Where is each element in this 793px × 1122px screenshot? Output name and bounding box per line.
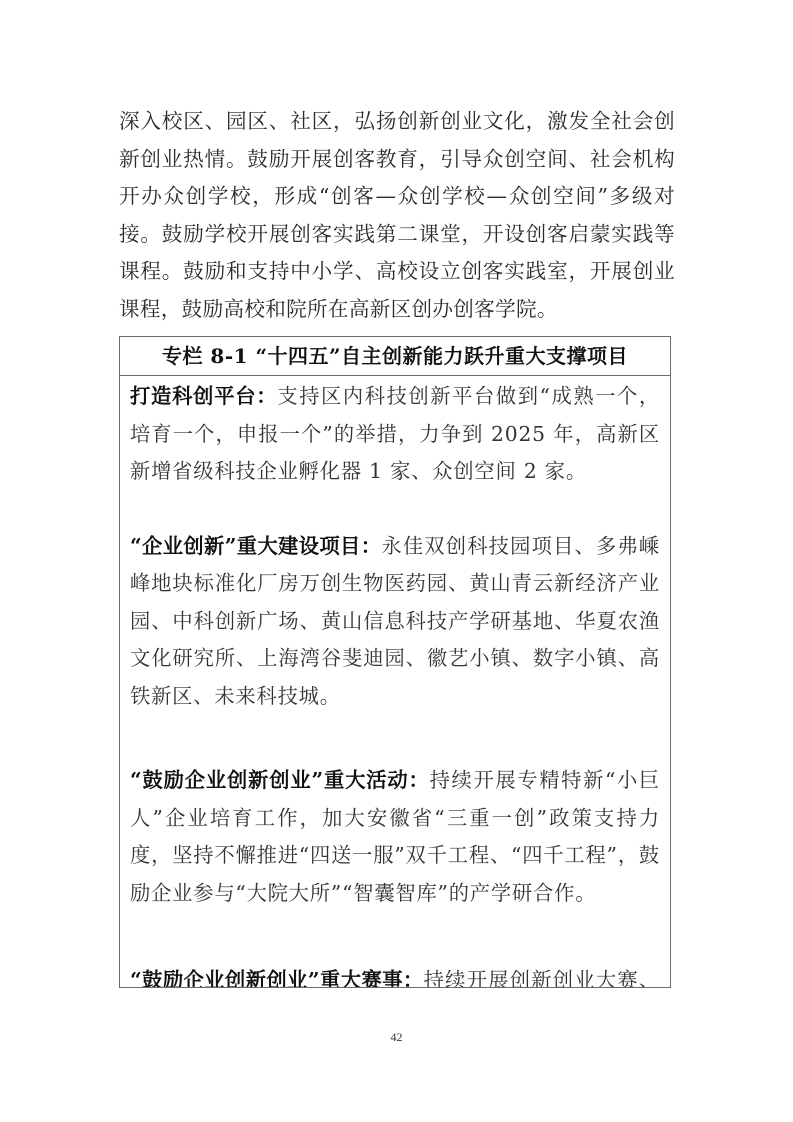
box-item-entrepreneurship-competitions: “鼓励企业创新创业”重大赛事：持续开展创新创业大赛、双创 [130, 962, 660, 988]
box-item-lead: “鼓励企业创新创业”重大活动： [130, 768, 430, 792]
spacer [130, 491, 660, 528]
spacer [130, 715, 660, 762]
intro-paragraph: 深入校区、园区、社区，弘扬创新创业文化，激发全社会创新创业热情。鼓励开展创客教育… [119, 103, 675, 328]
box-item-text: 永佳双创科技园项目、多弗嵊峰地块标准化厂房万创生物医药园、黄山青云新经济产业园、… [130, 534, 660, 708]
box-item-science-platform: 打造科创平台：支持区内科技创新平台做到“成熟一个，培育一个，申报一个”的举措，力… [130, 378, 660, 491]
page-number: 42 [0, 1030, 793, 1045]
feature-box-body: 打造科创平台：支持区内科技创新平台做到“成熟一个，培育一个，申报一个”的举措，力… [120, 376, 670, 988]
box-item-lead: “鼓励企业创新创业”重大赛事： [130, 968, 424, 988]
feature-box-title: 专栏 8-1 “十四五”自主创新能力跃升重大支撑项目 [120, 337, 670, 376]
box-item-lead: “企业创新”重大建设项目： [130, 534, 381, 558]
box-item-entrepreneurship-activities: “鼓励企业创新创业”重大活动：持续开展专精特新“小巨人”企业培育工作，加大安徽省… [130, 762, 660, 912]
spacer [130, 912, 660, 962]
box-item-lead: 打造科创平台： [130, 384, 277, 408]
feature-box: 专栏 8-1 “十四五”自主创新能力跃升重大支撑项目 打造科创平台：支持区内科技… [119, 336, 671, 988]
document-page: 深入校区、园区、社区，弘扬创新创业文化，激发全社会创新创业热情。鼓励开展创客教育… [0, 0, 793, 1122]
box-item-enterprise-construction: “企业创新”重大建设项目：永佳双创科技园项目、多弗嵊峰地块标准化厂房万创生物医药… [130, 528, 660, 716]
